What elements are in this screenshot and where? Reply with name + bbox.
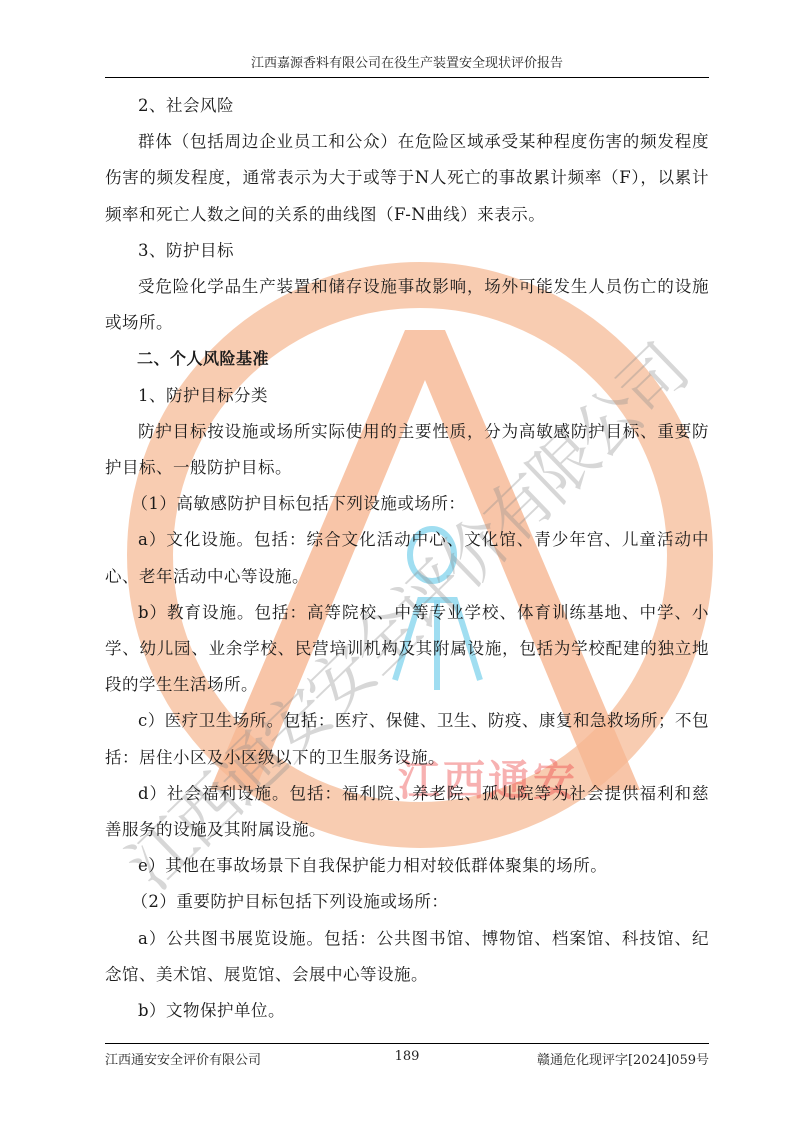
- page-header: 江西嘉源香料有限公司在役生产装置安全现状评价报告: [105, 55, 709, 78]
- paragraph-protection-target-definition: 受危险化学品生产装置和储存设施事故影响，场外可能发生人员伤亡的设施或场所。: [105, 269, 709, 341]
- list-item-cultural-relics: b）文物保护单位。: [105, 993, 709, 1029]
- paragraph-classification: 防护目标按设施或场所实际使用的主要性质，分为高敏感防护目标、重要防护目标、一般防…: [105, 414, 709, 486]
- subheading-important-targets: （2）重要防护目标包括下列设施或场所：: [105, 884, 709, 920]
- heading-target-classification: 1、防护目标分类: [105, 378, 709, 414]
- document-body: 2、社会风险 群体（包括周边企业员工和公众）在危险区域承受某种程度伤害的频发程度…: [105, 88, 709, 1029]
- list-item-medical-facilities: c）医疗卫生场所。包括：医疗、保健、卫生、防疫、康复和急救场所；不包括：居住小区…: [105, 703, 709, 775]
- list-item-education-facilities: b）教育设施。包括：高等院校、中等专业学校、体育训练基地、中学、小学、幼儿园、业…: [105, 595, 709, 704]
- page-footer: 江西通安安全评价有限公司 189 赣通危化现评字[2024]059号: [105, 1043, 709, 1068]
- footer-doc-number: 赣通危化现评字[2024]059号: [537, 1049, 709, 1068]
- section-title-individual-risk: 二、个人风险基准: [105, 341, 709, 377]
- header-title: 江西嘉源香料有限公司在役生产装置安全现状评价报告: [251, 56, 563, 71]
- heading-social-risk: 2、社会风险: [105, 88, 709, 124]
- list-item-library-exhibition: a）公共图书展览设施。包括：公共图书馆、博物馆、档案馆、科技馆、纪念馆、美术馆、…: [105, 921, 709, 993]
- paragraph-social-risk-definition: 群体（包括周边企业员工和公众）在危险区域承受某种程度伤害的频发程度伤害的频发程度…: [105, 124, 709, 233]
- heading-protection-target: 3、防护目标: [105, 233, 709, 269]
- list-item-cultural-facilities: a）文化设施。包括：综合文化活动中心、文化馆、青少年宫、儿童活动中心、老年活动中…: [105, 522, 709, 594]
- subheading-high-sensitivity: （1）高敏感防护目标包括下列设施或场所：: [105, 486, 709, 522]
- list-item-other-vulnerable: e）其他在事故场景下自我保护能力相对较低群体聚集的场所。: [105, 848, 709, 884]
- list-item-welfare-facilities: d）社会福利设施。包括：福利院、养老院、孤儿院等为社会提供福利和慈善服务的设施及…: [105, 776, 709, 848]
